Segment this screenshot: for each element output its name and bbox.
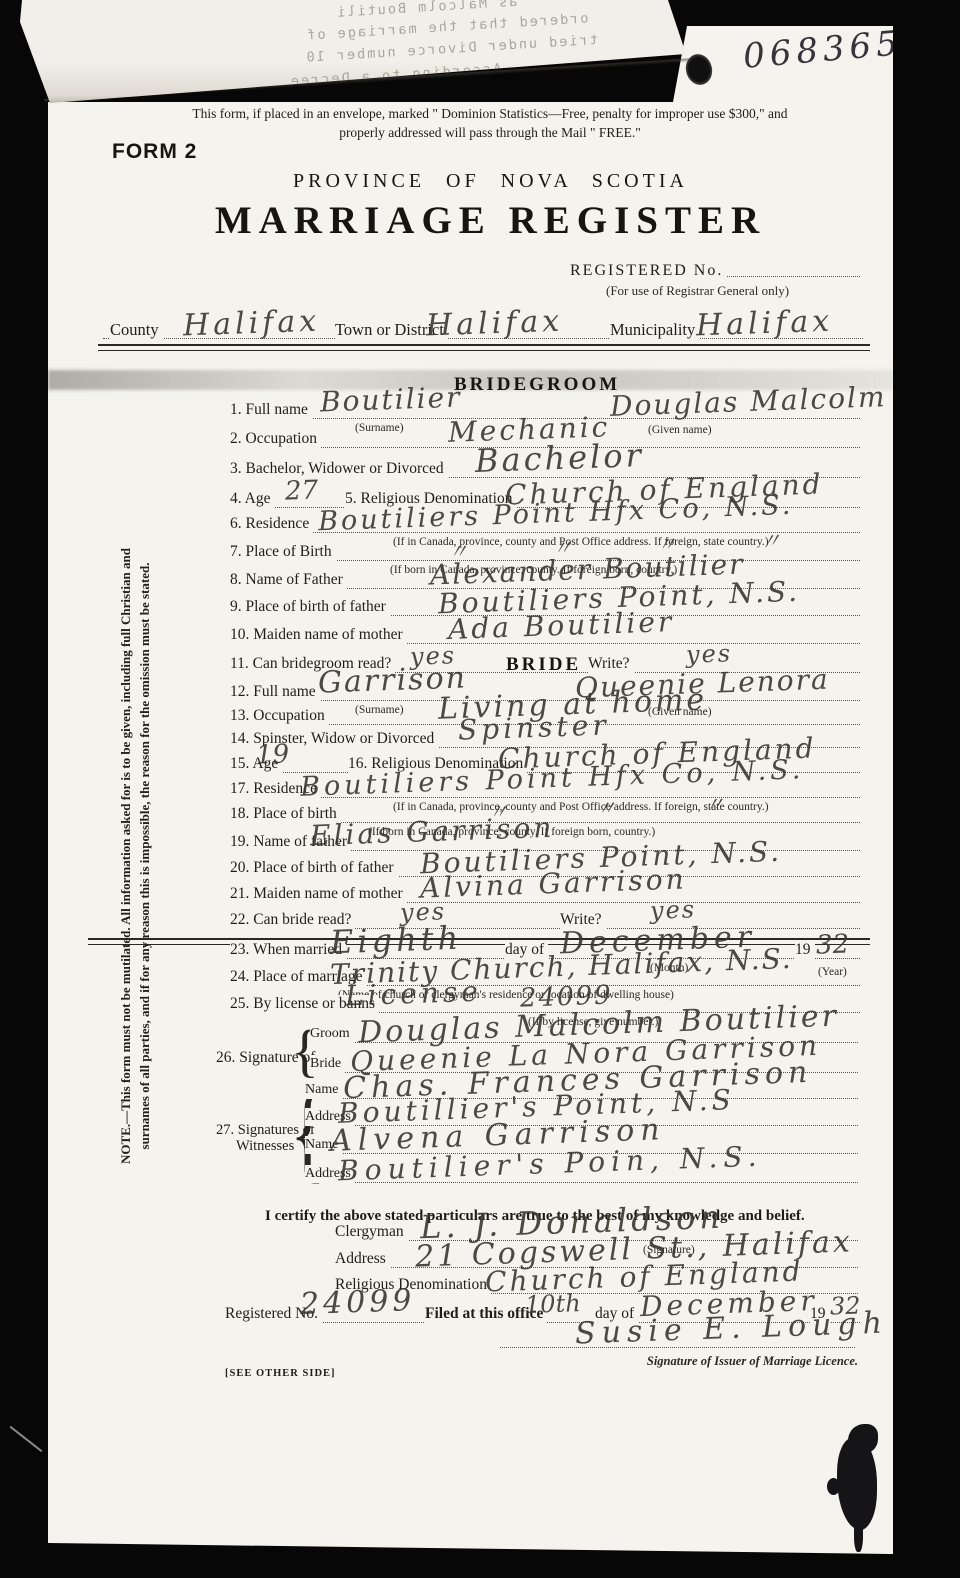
marriage-register-document: 068365 NOTE.—This form must not be mutil… — [48, 26, 893, 1554]
br-mother-label: 21. Maiden name of mother — [230, 885, 407, 903]
form-number-label: FORM 2 — [112, 140, 197, 164]
handwritten-stamp-number: 068365 — [742, 23, 905, 77]
page-title: MARRIAGE REGISTER — [48, 198, 893, 243]
signature-of-label: 26. Signature of — [216, 1049, 319, 1067]
br-mother-handwriting: Alvina Garrison — [420, 865, 687, 902]
surname-note: (Surname) — [355, 704, 404, 716]
town-value-handwriting: Halifax — [426, 307, 564, 342]
mail-note-line1: This form, if placed in an envelope, mar… — [145, 106, 835, 122]
municipality-value-handwriting: Halifax — [696, 307, 834, 342]
bg-given-name-handwriting: Douglas Malcolm — [610, 383, 887, 421]
fold-mirrored-typed-text: as Malcolm Boutili ordered that the marr… — [48, 0, 653, 117]
see-other-side-note: [SEE OTHER SIDE] — [225, 1368, 336, 1379]
side-note-line2: surnames of all parties, and if for any … — [135, 532, 154, 1180]
bride-heading: BRIDE — [506, 654, 581, 676]
filed-day-handwriting: 10th — [525, 1291, 581, 1317]
license-handwriting: License — [345, 978, 483, 1011]
bg-occupation-label: 2. Occupation — [230, 430, 321, 448]
punch-hole-artifact — [682, 51, 715, 88]
registered-no-label: REGISTERED No. — [570, 262, 727, 280]
bg-age-label: 4. Age — [230, 490, 274, 508]
scratch-artifact — [10, 1426, 43, 1452]
witnesses-label-line2: Witnesses — [236, 1138, 298, 1156]
bg-residence-label: 6. Residence — [230, 515, 313, 533]
bg-father-birthplace-label: 9. Place of birth of father — [230, 598, 390, 616]
issuer-signature-note: Signature of Issuer of Marriage Licence. — [588, 1354, 858, 1369]
br-occupation-label: 13. Occupation — [230, 707, 329, 725]
given-name-note: (Given name) — [648, 424, 712, 436]
side-note-line1: NOTE.—This form must not be mutilated. A… — [116, 532, 135, 1180]
br-write-handwriting: yes — [650, 897, 697, 923]
bridegroom-heading: BRIDEGROOM — [454, 374, 620, 396]
year-handwriting: 32 — [816, 931, 850, 958]
br-father-birthplace-label: 20. Place of birth of father — [230, 859, 398, 877]
side-note-vertical: NOTE.—This form must not be mutilated. A… — [116, 532, 156, 1180]
when-day-handwriting: Eighth — [329, 922, 462, 959]
br-full-name-label: 12. Full name — [230, 683, 320, 701]
bg-full-name-label: 1. Full name — [230, 401, 312, 419]
county-label: County — [110, 321, 163, 339]
bg-father-label: 8. Name of Father — [230, 571, 347, 589]
ink-blot-artifact — [848, 1424, 878, 1454]
bg-write-handwriting: yes — [686, 641, 733, 667]
county-value-handwriting: Halifax — [183, 307, 321, 342]
when-married-label: 23. When married — [230, 941, 346, 959]
ink-blot-artifact — [854, 1514, 863, 1552]
year-printed-prefix: 19 — [795, 941, 815, 959]
folded-sheet-corner: as Malcolm Boutili ordered that the marr… — [20, 0, 688, 104]
clergyman-address-label: Address — [335, 1250, 390, 1268]
scanned-marriage-register-page: { "scan": { "stamp_number": "068365", "f… — [0, 0, 960, 1578]
bg-status-handwriting: Bachelor — [474, 439, 644, 477]
mail-note-line2: properly addressed will pass through the… — [145, 125, 835, 141]
ink-blot-artifact — [827, 1478, 840, 1495]
bg-status-label: 3. Bachelor, Widower or Divorced — [230, 460, 448, 478]
header-divider-rule — [98, 344, 870, 351]
clergyman-label: Clergyman — [335, 1223, 408, 1241]
bg-mother-label: 10. Maiden name of mother — [230, 626, 407, 644]
year-note: (Year) — [818, 966, 847, 978]
groom-label: Groom — [310, 1025, 354, 1043]
surname-note: (Surname) — [355, 422, 404, 434]
province-heading: PROVINCE OF NOVA SCOTIA — [48, 170, 893, 193]
issuer-signature-handwriting: Susie E. Lough — [575, 1309, 889, 1350]
bg-surname-handwriting: Boutilier — [320, 384, 462, 417]
registered-no-handwriting: 24099 — [300, 1286, 416, 1320]
municipality-label: Municipality — [610, 321, 699, 339]
bg-birthplace-label: 7. Place of Birth — [230, 543, 336, 561]
registered-no-note: (For use of Registrar General only) — [606, 283, 789, 299]
br-age-handwriting: 19 — [256, 741, 290, 768]
bride-label: Bride — [310, 1055, 345, 1073]
bg-mother-handwriting: Ada Boutilier — [448, 608, 675, 644]
bg-age-handwriting: 27 — [285, 477, 319, 504]
